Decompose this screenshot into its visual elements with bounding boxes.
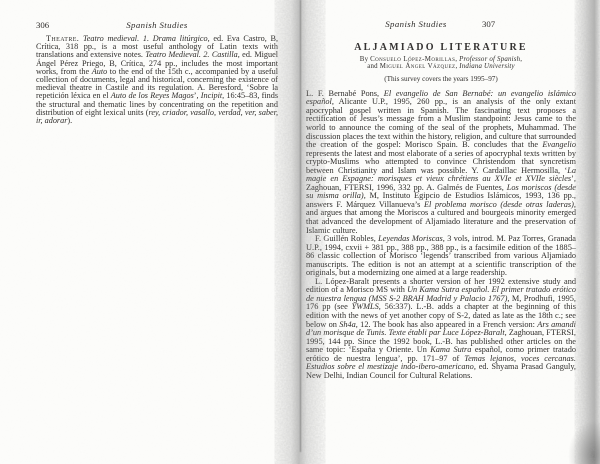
byline: By Consuelo López-Morillas, Professor of… — [306, 56, 576, 71]
left-running-head: Spanish Studies — [36, 20, 278, 30]
bibliography-paragraph: F. Guillén Robles, Leyendas Moriscas, 3 … — [306, 235, 576, 278]
byline-line-2: and Miguel Ángel Vázquez, Indiana Univer… — [306, 63, 576, 70]
book-gutter-line — [300, 0, 301, 452]
section-title: ALJAMIADO LITERATURE — [306, 42, 576, 53]
left-page-header: 306 Spanish Studies — [36, 20, 278, 31]
survey-note: (This survey covers the years 1995–97) — [306, 75, 576, 83]
left-page: 306 Spanish Studies Theatre. Teatro medi… — [36, 20, 278, 125]
right-page-number: 307 — [482, 19, 495, 29]
right-page-header: Spanish Studies 307 — [306, 19, 576, 30]
corner-scan-smudge — [568, 420, 600, 464]
page-edge-shadow — [575, 0, 600, 464]
left-page-body: Theatre. Teatro medieval. 1. Drama litúr… — [36, 35, 278, 125]
bibliography-paragraph: L. F. Bernabé Pons, El evangelio de San … — [306, 90, 576, 235]
right-page: Spanish Studies 307 ALJAMIADO LITERATURE… — [306, 19, 576, 380]
right-page-body: L. F. Bernabé Pons, El evangelio de San … — [306, 90, 576, 381]
theatre-paragraph: Theatre. Teatro medieval. 1. Drama litúr… — [36, 35, 278, 125]
bibliography-paragraph: L. López-Baralt presents a shorter versi… — [306, 278, 576, 381]
scanned-book-spread: 306 Spanish Studies Theatre. Teatro medi… — [0, 0, 600, 464]
